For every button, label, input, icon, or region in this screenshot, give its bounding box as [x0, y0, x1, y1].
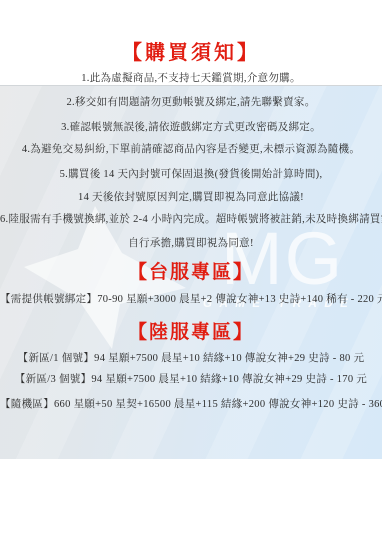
section-heading-taiwan-server: 【台服專區】: [0, 257, 382, 284]
price-line-china-3: 【隨機區】660 星願+50 星契+16500 晨星+115 結緣+200 傳說…: [0, 396, 382, 411]
price-line-china-1: 【新區/1 個號】94 星願+7500 晨星+10 結緣+10 傳說女神+29 …: [0, 350, 382, 365]
notice-line-1: 1.此為虛擬商品,不支持七天鑑賞期,介意勿購。: [0, 70, 382, 85]
section-heading-china-server: 【陸服專區】: [0, 317, 382, 344]
notice-line-3: 3.確認帳號無誤後,請依遊戲綁定方式更改密碼及綁定。: [0, 119, 382, 134]
notice-line-5: 5.購買後 14 天內封號可保固退換(發貨後開始計算時間),: [0, 166, 382, 181]
purchase-notice-page: 【購買須知】 MG GAME TRADE 1.此為虛擬商品,不支持七天鑑賞期,介…: [0, 0, 382, 540]
notice-line-5b: 14 天後依封號原因判定,購買即視為同意此協議!: [0, 189, 382, 204]
notice-line-2: 2.移交如有問題請勿更動帳號及綁定,請先聯繫賣家。: [0, 94, 382, 109]
page-title: 【購買須知】: [0, 36, 382, 65]
notice-line-4: 4.為避免交易糾紛,下單前請確認商品內容是否變更,未標示資源為隨機。: [0, 141, 382, 156]
notice-line-6b: 自行承擔,購買即視為同意!: [0, 235, 382, 250]
notice-line-6: 6.陸服需有手機號換綁,並於 2-4 小時內完成。超時帳號將被註銷,未及時換綁請…: [0, 211, 382, 226]
price-line-china-2: 【新區/3 個號】94 星願+7500 晨星+10 結緣+10 傳說女神+29 …: [0, 371, 382, 386]
price-line-taiwan-1: 【需提供帳號綁定】70-90 星願+3000 晨星+2 傳說女神+13 史詩+1…: [0, 291, 382, 306]
